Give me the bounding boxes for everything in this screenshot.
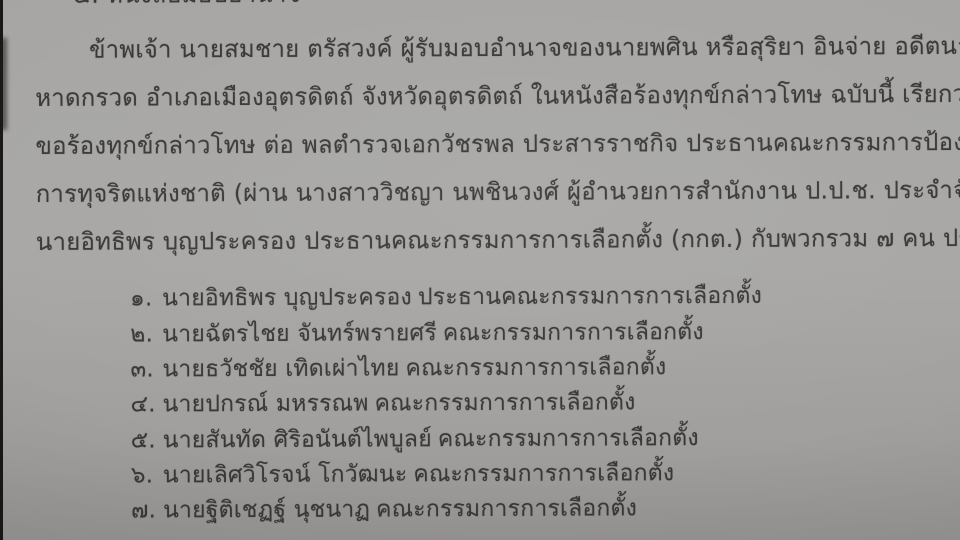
item-position: คณะกรรมการการเลือกตั้ง: [405, 354, 666, 381]
paragraph-line-2: หาดกรวด อำเภอเมืองอุตรดิตถ์ จังหวัดอุตรด…: [35, 76, 935, 116]
document-text-block: ๔. หนังสือมอบอำนาจ ข้าพเจ้า นายสมชาย ตรั…: [0, 0, 960, 540]
item-number: ๕.: [131, 424, 163, 456]
item-position: คณะกรรมการการเลือกตั้ง: [375, 389, 636, 416]
item-name: นายสันทัด ศิริอนันต์ไพบูลย์: [163, 423, 432, 456]
item-number: ๓.: [130, 353, 162, 385]
clipped-previous-list-line: ๔. หนังสือมอบอำนาจ: [73, 0, 301, 9]
paragraph-line-1: ข้าพเจ้า นายสมชาย ตรัสวงค์ ผู้รับมอบอำนา…: [89, 28, 960, 68]
list-item-5: ๕.นายสันทัด ศิริอนันต์ไพบูลย์คณะกรรมการก…: [131, 422, 699, 456]
item-number: ๖.: [131, 459, 163, 491]
item-number: ๒.: [130, 318, 162, 350]
scanned-document-page: ๔. หนังสือมอบอำนาจ ข้าพเจ้า นายสมชาย ตรั…: [0, 0, 960, 540]
list-item-2: ๒.นายฉัตรไชย จันทร์พรายศรีคณะกรรมการการเ…: [130, 316, 704, 351]
item-name: นายฉัตรไชย จันทร์พรายศรี: [162, 317, 437, 350]
item-number: ๗.: [131, 494, 163, 526]
item-number: ๑.: [130, 282, 162, 314]
item-position: คณะกรรมการการเลือกตั้ง: [413, 460, 674, 487]
item-position: คณะกรรมการการเลือกตั้ง: [438, 425, 699, 452]
paragraph-line-5: นายอิทธิพร บุญประครอง ประธานคณะกรรมการกา…: [36, 220, 936, 260]
item-position: ประธานคณะกรรมการการเลือกตั้ง: [418, 283, 762, 311]
item-name: นายปกรณ์ มหรรณพ: [163, 387, 369, 420]
item-position: คณะกรรมการการเลือกตั้ง: [443, 319, 704, 346]
paragraph-line-4: การทุจริตแห่งชาติ (ผ่าน นางสาววิชญา นพชิ…: [36, 172, 936, 212]
item-number: ๔.: [131, 388, 163, 420]
list-item-1: ๑.นายอิทธิพร บุญประครองประธานคณะกรรมการก…: [130, 280, 762, 315]
list-item-4: ๔.นายปกรณ์ มหรรณพคณะกรรมการการเลือกตั้ง: [131, 386, 636, 420]
item-name: นายธวัชชัย เทิดเผ่าไทย: [162, 352, 399, 385]
paragraph-line-3: ขอร้องทุกข์กล่าวโทษ ต่อ พลตำรวจเอกวัชรพล…: [35, 124, 935, 164]
list-item-7: ๗.นายฐิติเชฏฐ์ นุชนาฏคณะกรรมการการเลือกต…: [131, 492, 637, 526]
item-name: นายเลิศวิโรจน์ โกวัฒนะ: [163, 458, 408, 491]
item-position: คณะกรรมการการเลือกตั้ง: [376, 495, 637, 522]
item-name: นายฐิติเชฏฐ์ นุชนาฏ: [163, 493, 370, 526]
list-item-6: ๖.นายเลิศวิโรจน์ โกวัฒนะคณะกรรมการการเลื…: [131, 457, 675, 491]
list-item-3: ๓.นายธวัชชัย เทิดเผ่าไทยคณะกรรมการการเลื…: [130, 351, 666, 385]
item-name: นายอิทธิพร บุญประครอง: [162, 281, 412, 314]
